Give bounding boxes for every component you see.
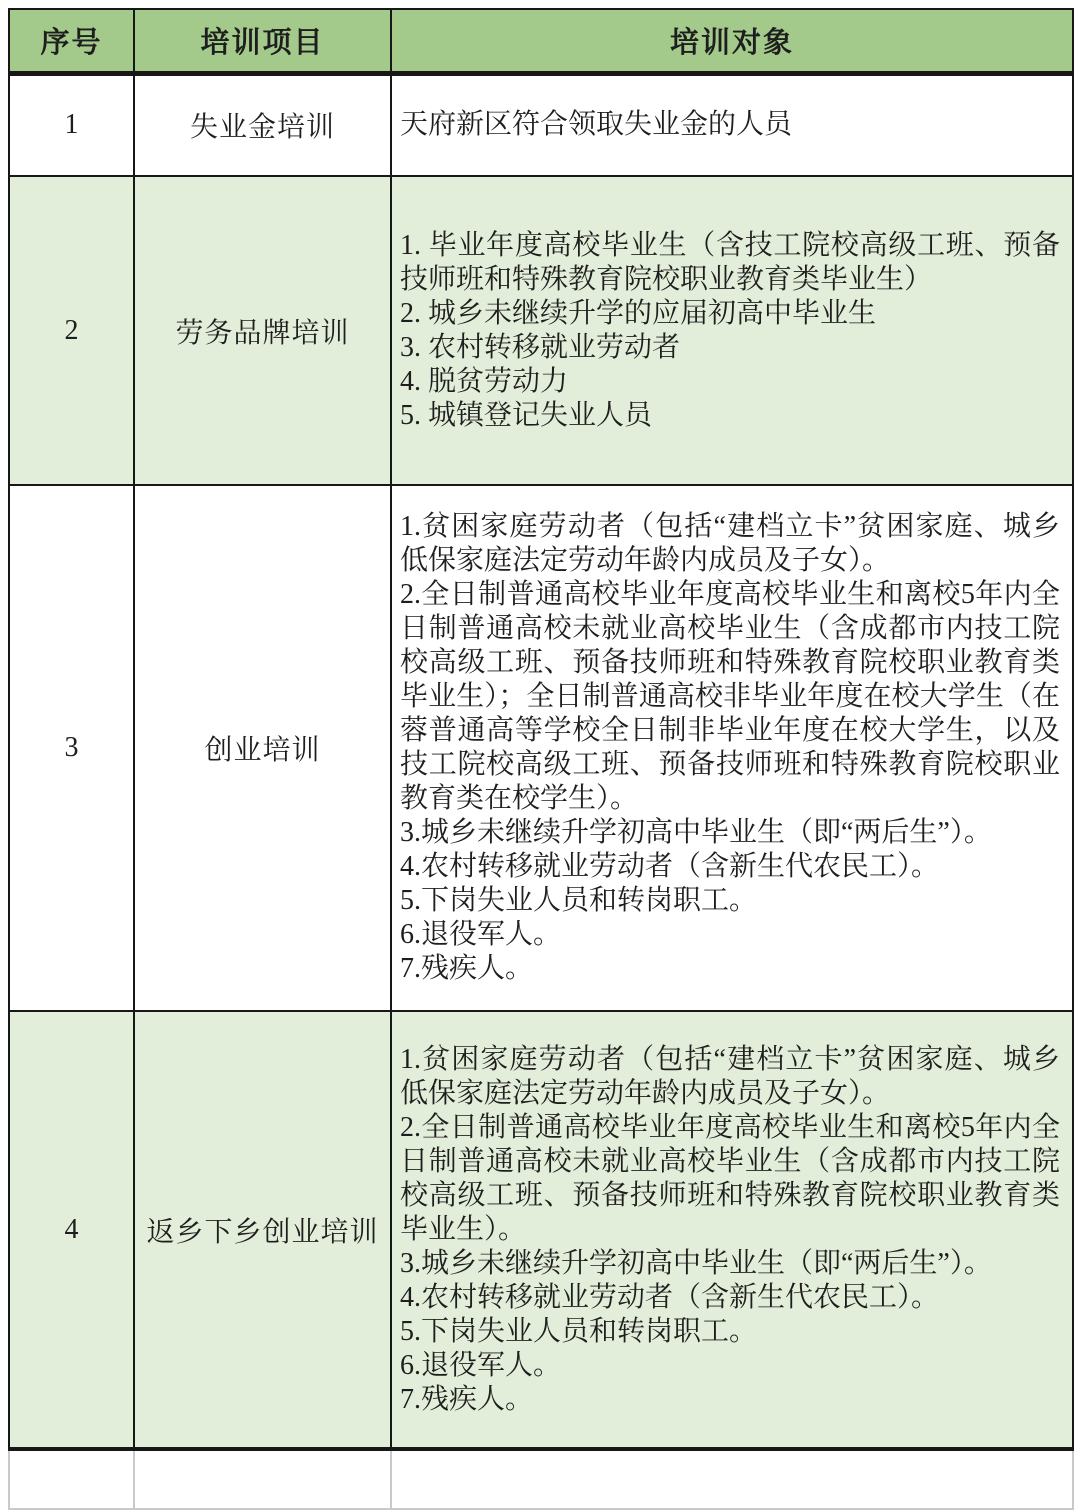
training-table: 序号 培训项目 培训对象 1失业金培训天府新区符合领取失业金的人员2劳务品牌培训…	[8, 8, 1074, 1469]
header-cell-target: 培训对象	[391, 9, 1073, 73]
cell-targets: 1.贫困家庭劳动者（包括“建档立卡”贫困家庭、城乡低保家庭法定劳动年龄内成员及子…	[391, 485, 1073, 1011]
table-row: 3创业培训1.贫困家庭劳动者（包括“建档立卡”贫困家庭、城乡低保家庭法定劳动年龄…	[9, 485, 1073, 1011]
cell-targets: 1. 毕业年度高校毕业生（含技工院校高级工班、预备技师班和特殊教育院校职业教育类…	[391, 176, 1073, 485]
table-row: 1失业金培训天府新区符合领取失业金的人员	[9, 73, 1073, 176]
target-line: 2.全日制普通高校毕业年度高校毕业生和离校5年内全日制普通高校未就业高校毕业生（…	[400, 578, 1060, 816]
table-row	[9, 1449, 1073, 1469]
target-line: 4.农村转移就业劳动者（含新生代农民工）。	[400, 1281, 1060, 1315]
cell-project: 劳务品牌培训	[134, 176, 391, 485]
target-line: 5. 城镇登记失业人员	[400, 399, 1060, 433]
target-line: 1.贫困家庭劳动者（包括“建档立卡”贫困家庭、城乡低保家庭法定劳动年龄内成员及子…	[400, 1043, 1060, 1111]
table-body: 1失业金培训天府新区符合领取失业金的人员2劳务品牌培训1. 毕业年度高校毕业生（…	[9, 73, 1073, 1469]
header-cell-serial: 序号	[9, 9, 134, 73]
target-line: 7.残疾人。	[400, 1383, 1060, 1417]
target-line: 6.退役军人。	[400, 918, 1060, 952]
target-line: 3. 农村转移就业劳动者	[400, 331, 1060, 365]
cell-project: 返乡下乡创业培训	[134, 1011, 391, 1449]
document-page: 序号 培训项目 培训对象 1失业金培训天府新区符合领取失业金的人员2劳务品牌培训…	[8, 8, 1074, 1469]
cell-targets: 1.贫困家庭劳动者（包括“建档立卡”贫困家庭、城乡低保家庭法定劳动年龄内成员及子…	[391, 1011, 1073, 1449]
cell-project: 创业培训	[134, 485, 391, 1011]
target-line: 5.下岗失业人员和转岗职工。	[400, 884, 1060, 918]
header-cell-project: 培训项目	[134, 9, 391, 73]
cell-serial: 3	[9, 485, 134, 1011]
target-line: 4. 脱贫劳动力	[400, 365, 1060, 399]
target-line: 天府新区符合领取失业金的人员	[400, 108, 1060, 142]
target-line: 3.城乡未继续升学初高中毕业生（即“两后生”）。	[400, 1247, 1060, 1281]
target-line: 5.下岗失业人员和转岗职工。	[400, 1315, 1060, 1349]
cell-serial: 1	[9, 73, 134, 176]
target-line: 6.退役军人。	[400, 1349, 1060, 1383]
table-row: 2劳务品牌培训1. 毕业年度高校毕业生（含技工院校高级工班、预备技师班和特殊教育…	[9, 176, 1073, 485]
target-line: 7.残疾人。	[400, 952, 1060, 986]
header-row: 序号 培训项目 培训对象	[9, 9, 1073, 73]
cell-project: 失业金培训	[134, 73, 391, 176]
cell-targets: 天府新区符合领取失业金的人员	[391, 73, 1073, 176]
cell-project	[134, 1449, 391, 1469]
target-line: 2. 城乡未继续升学的应届初高中毕业生	[400, 297, 1060, 331]
target-line: 3.城乡未继续升学初高中毕业生（即“两后生”）。	[400, 816, 1060, 850]
target-line: 4.农村转移就业劳动者（含新生代农民工）。	[400, 850, 1060, 884]
cell-serial: 2	[9, 176, 134, 485]
target-line: 1. 毕业年度高校毕业生（含技工院校高级工班、预备技师班和特殊教育院校职业教育类…	[400, 229, 1060, 297]
target-line: 2.全日制普通高校毕业年度高校毕业生和离校5年内全日制普通高校未就业高校毕业生（…	[400, 1111, 1060, 1247]
table-row: 4返乡下乡创业培训1.贫困家庭劳动者（包括“建档立卡”贫困家庭、城乡低保家庭法定…	[9, 1011, 1073, 1449]
cell-targets	[391, 1449, 1073, 1469]
cell-serial	[9, 1449, 134, 1469]
cell-serial: 4	[9, 1011, 134, 1449]
target-line: 1.贫困家庭劳动者（包括“建档立卡”贫困家庭、城乡低保家庭法定劳动年龄内成员及子…	[400, 510, 1060, 578]
